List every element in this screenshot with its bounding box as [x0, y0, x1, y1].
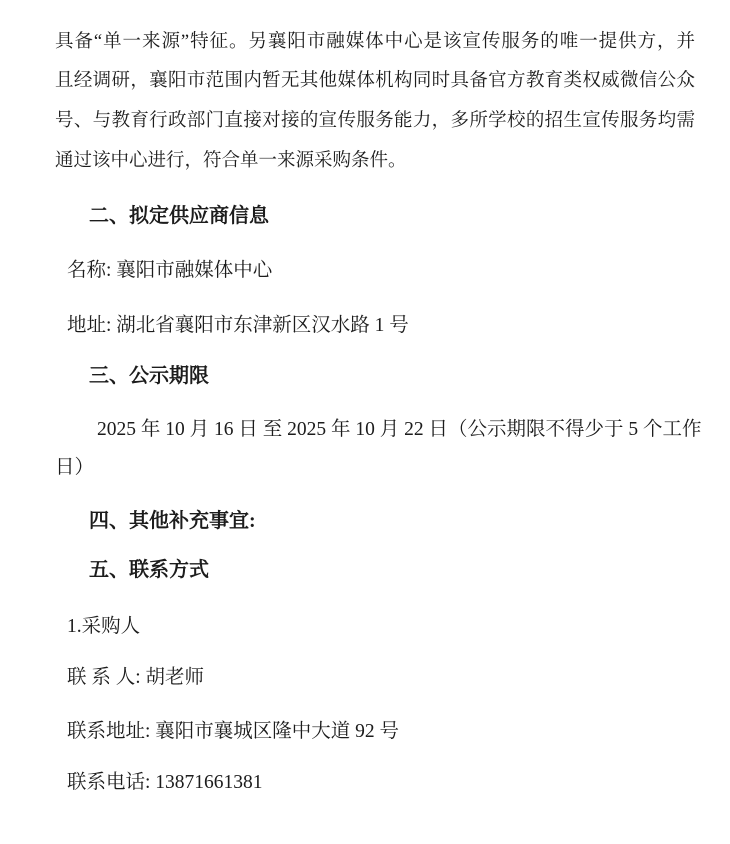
- contact-person-line: 联 系 人: 胡老师: [67, 666, 204, 690]
- intro-paragraph-line-1: 具备“单一来源”特征。另襄阳市融媒体中心是该宣传服务的唯一提供方，并: [55, 30, 695, 54]
- purchaser-subheading: 1.采购人: [67, 615, 140, 639]
- scanned-document-page: 具备“单一来源”特征。另襄阳市融媒体中心是该宣传服务的唯一提供方，并 且经调研，…: [0, 0, 730, 844]
- intro-paragraph-line-4: 通过该中心进行，符合单一来源采购条件。: [55, 149, 695, 173]
- section-4-heading: 四、其他补充事宜:: [89, 509, 256, 533]
- intro-paragraph-line-3: 号、与教育行政部门直接对接的宣传服务能力，多所学校的招生宣传服务均需: [55, 109, 695, 133]
- publicity-period-line-1: 2025 年 10 月 16 日 至 2025 年 10 月 22 日（公示期限…: [97, 418, 702, 442]
- contact-phone-line: 联系电话: 13871661381: [67, 771, 263, 795]
- intro-paragraph-line-2: 且经调研，襄阳市范围内暂无其他媒体机构同时具备官方教育类权威微信公众: [55, 69, 695, 93]
- contact-address-line: 联系地址: 襄阳市襄城区隆中大道 92 号: [67, 720, 399, 744]
- publicity-period-line-2: 日）: [55, 456, 94, 480]
- supplier-name-line: 名称: 襄阳市融媒体中心: [67, 259, 272, 283]
- section-3-heading: 三、公示期限: [89, 364, 209, 388]
- section-2-heading: 二、拟定供应商信息: [89, 204, 269, 228]
- section-5-heading: 五、联系方式: [89, 558, 209, 582]
- supplier-address-line: 地址: 湖北省襄阳市东津新区汉水路 1 号: [67, 314, 409, 338]
